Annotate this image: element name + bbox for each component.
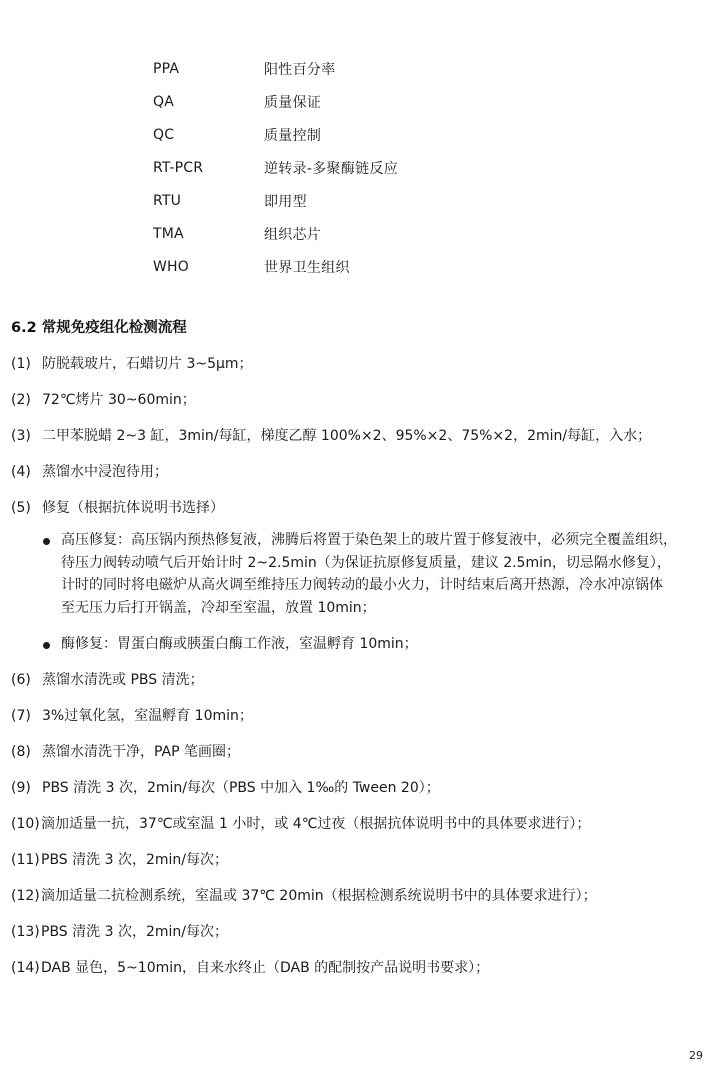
bullet-icon: [43, 642, 50, 649]
step-item: (9) PBS 清洗 3 次，2min/每次（PBS 中加入 1‰的 Tween…: [11, 779, 711, 797]
abbreviation-term: WHO: [153, 259, 264, 275]
repair-method-line: 高压修复：高压锅内预热修复液，沸腾后将置于染色架上的玻片置于修复液中，必须完全覆…: [61, 529, 711, 552]
step-text: PBS 清洗 3 次，2min/每次；: [41, 923, 228, 941]
step-item: (6) 蒸馏水清洗或 PBS 清洗；: [11, 671, 711, 689]
repair-method-enzyme: 酶修复：胃蛋白酶或胰蛋白酶工作液，室温孵育 10min；: [11, 633, 711, 656]
step-item: (1) 防脱载玻片，石蜡切片 3~5μm；: [11, 355, 711, 373]
abbreviation-row: QA 质量保证: [153, 85, 398, 118]
step-text: 修复（根据抗体说明书选择）: [42, 499, 224, 517]
step-number: (12): [11, 887, 41, 905]
step-text: PBS 清洗 3 次，2min/每次；: [41, 851, 228, 869]
abbreviation-row: RTU 即用型: [153, 184, 398, 217]
abbreviation-row: TMA 组织芯片: [153, 217, 398, 250]
step-text: 蒸馏水清洗干净，PAP 笔画圈；: [42, 743, 240, 761]
abbreviation-row: WHO 世界卫生组织: [153, 250, 398, 283]
step-number: (10): [11, 815, 41, 833]
repair-method-line: 酶修复：胃蛋白酶或胰蛋白酶工作液，室温孵育 10min；: [61, 633, 711, 656]
step-number: (13): [11, 923, 41, 941]
repair-method-high-pressure: 高压修复：高压锅内预热修复液，沸腾后将置于染色架上的玻片置于修复液中，必须完全覆…: [11, 529, 711, 620]
step-item: (12) 滴加适量二抗检测系统，室温或 37℃ 20min（根据检测系统说明书中…: [11, 887, 711, 905]
abbreviation-meaning: 世界卫生组织: [264, 257, 350, 277]
abbreviation-term: QC: [153, 127, 264, 143]
step-number: (3): [11, 427, 42, 445]
step-number: (6): [11, 671, 42, 689]
abbreviation-term: PPA: [153, 61, 264, 77]
step-item: (10) 滴加适量一抗，37℃或室温 1 小时，或 4℃过夜（根据抗体说明书中的…: [11, 815, 711, 833]
step-item: (2) 72℃烤片 30~60min；: [11, 391, 711, 409]
abbreviation-term: QA: [153, 94, 264, 110]
step-item: (13) PBS 清洗 3 次，2min/每次；: [11, 923, 711, 941]
step-item: (3) 二甲苯脱蜡 2~3 缸，3min/每缸，梯度乙醇 100%×2、95%×…: [11, 427, 711, 445]
abbreviation-term: TMA: [153, 226, 264, 242]
abbreviation-meaning: 即用型: [264, 191, 307, 211]
step-text: DAB 显色，5~10min，自来水终止（DAB 的配制按产品说明书要求）；: [41, 959, 489, 977]
step-text: 3%过氧化氢，室温孵育 10min；: [42, 707, 253, 725]
abbreviation-meaning: 阳性百分率: [264, 59, 336, 79]
step-item: (14) DAB 显色，5~10min，自来水终止（DAB 的配制按产品说明书要…: [11, 959, 711, 977]
step-number: (2): [11, 391, 42, 409]
step-number: (14): [11, 959, 41, 977]
step-item: (5) 修复（根据抗体说明书选择）: [11, 499, 711, 517]
step-text: 二甲苯脱蜡 2~3 缸，3min/每缸，梯度乙醇 100%×2、95%×2、75…: [42, 427, 651, 445]
step-number: (7): [11, 707, 42, 725]
abbreviation-meaning: 逆转录-多聚酶链反应: [264, 158, 398, 178]
repair-method-line: 至无压力后打开锅盖，冷却至室温，放置 10min；: [61, 597, 711, 620]
step-number: (4): [11, 463, 42, 481]
repair-method-line: 待压力阀转动喷气后开始计时 2~2.5min（为保证抗原修复质量，建议 2.5m…: [61, 552, 711, 575]
step-text: 滴加适量一抗，37℃或室温 1 小时，或 4℃过夜（根据抗体说明书中的具体要求进…: [41, 815, 590, 833]
abbreviation-row: PPA 阳性百分率: [153, 52, 398, 85]
abbreviation-meaning: 质量控制: [264, 125, 321, 145]
bullet-icon: [43, 538, 50, 545]
step-text: 蒸馏水清洗或 PBS 清洗；: [42, 671, 204, 689]
step-text: 滴加适量二抗检测系统，室温或 37℃ 20min（根据检测系统说明书中的具体要求…: [41, 887, 597, 905]
step-item: (8) 蒸馏水清洗干净，PAP 笔画圈；: [11, 743, 711, 761]
repair-method-line: 计时的同时将电磁炉从高火调至维持压力阀转动的最小火力，计时结束后离开热源，冷水冲…: [61, 574, 711, 597]
abbreviation-row: RT-PCR 逆转录-多聚酶链反应: [153, 151, 398, 184]
section-heading: 6.2 常规免疫组化检测流程: [11, 316, 187, 337]
step-text: 防脱载玻片，石蜡切片 3~5μm；: [42, 355, 253, 373]
step-number: (5): [11, 499, 42, 517]
step-text: 蒸馏水中浸泡待用；: [42, 463, 168, 481]
step-item: (7) 3%过氧化氢，室温孵育 10min；: [11, 707, 711, 725]
page-number: 29: [689, 1049, 703, 1062]
step-text: PBS 清洗 3 次，2min/每次（PBS 中加入 1‰的 Tween 20）…: [42, 779, 440, 797]
step-number: (11): [11, 851, 41, 869]
step-item: (11) PBS 清洗 3 次，2min/每次；: [11, 851, 711, 869]
step-number: (1): [11, 355, 42, 373]
step-number: (9): [11, 779, 42, 797]
procedure-steps: (1) 防脱载玻片，石蜡切片 3~5μm； (2) 72℃烤片 30~60min…: [11, 349, 711, 977]
abbreviation-term: RTU: [153, 193, 264, 209]
abbreviation-term: RT-PCR: [153, 160, 264, 176]
step-item: (4) 蒸馏水中浸泡待用；: [11, 463, 711, 481]
abbreviation-table: PPA 阳性百分率 QA 质量保证 QC 质量控制 RT-PCR 逆转录-多聚酶…: [153, 52, 398, 283]
step-text: 72℃烤片 30~60min；: [42, 391, 196, 409]
abbreviation-meaning: 组织芯片: [264, 224, 321, 244]
abbreviation-row: QC 质量控制: [153, 118, 398, 151]
abbreviation-meaning: 质量保证: [264, 92, 321, 112]
step-number: (8): [11, 743, 42, 761]
